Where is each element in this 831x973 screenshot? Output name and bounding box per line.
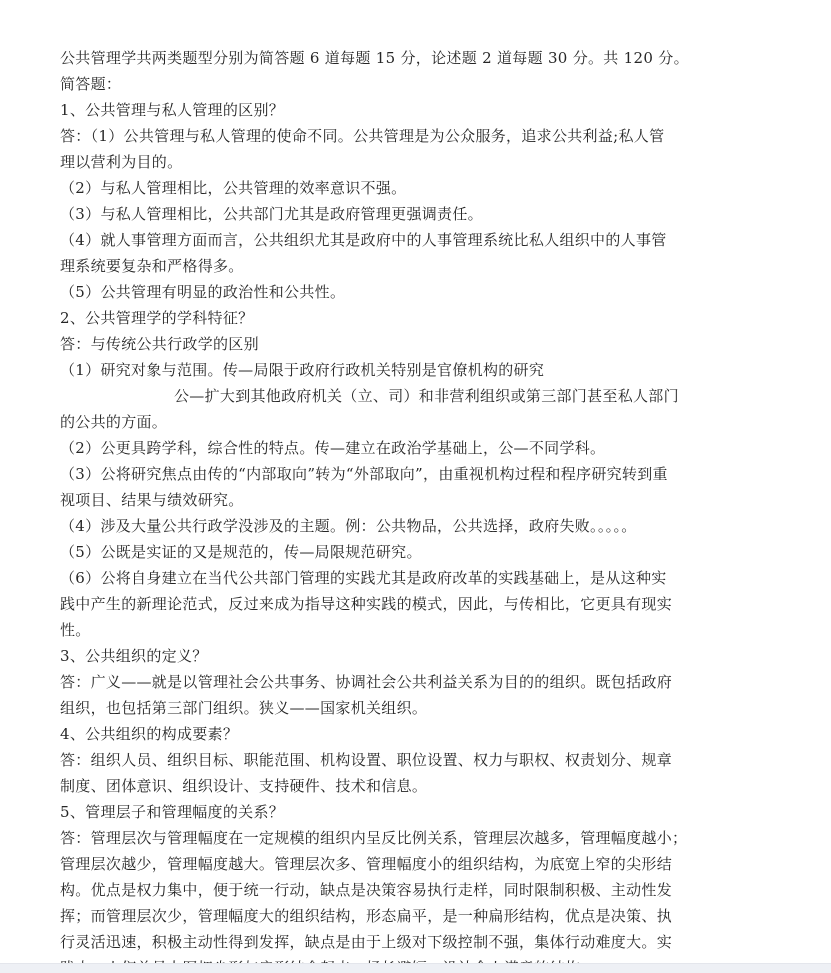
answer-text: 答：管理层次与管理幅度在一定规模的组织内呈反比例关系，管理层次越多，管理幅度越小… xyxy=(60,825,750,851)
answer-text: 制度、团体意识、组织设计、支持硬件、技术和信息。 xyxy=(60,773,750,799)
document-page: 公共管理学共两类题型分别为简答题 6 道每题 15 分，论述题 2 道每题 30… xyxy=(0,0,831,965)
answer-text: 构。优点是权力集中，便于统一行动，缺点是决策容易执行走样，同时限制积极、主动性发 xyxy=(60,877,750,903)
answer-text: 的公共的方面。 xyxy=(60,409,750,435)
question-heading: 5、管理层子和管理幅度的关系？ xyxy=(60,799,750,825)
answer-text: 性。 xyxy=(60,617,750,643)
answer-text: （5）公共管理有明显的政治性和公共性。 xyxy=(60,279,750,305)
answer-text: 挥；而管理层次少，管理幅度大的组织结构，形态扁平，是一种扁形结构，优点是决策、执 xyxy=(60,903,750,929)
question-heading: 2、公共管理学的学科特征？ xyxy=(60,305,750,331)
answer-text-indented: 公—扩大到其他政府机关（立、司）和非营利组织或第三部门甚至私人部门 xyxy=(60,383,750,409)
answer-text: 答：（1）公共管理与私人管理的使命不同。公共管理是为公众服务，追求公共利益;私人… xyxy=(60,123,750,149)
answer-text: （3）公将研究焦点由传的“内部取向”转为“外部取向”，由重视机构过程和程序研究转… xyxy=(60,461,750,487)
document-content: 公共管理学共两类题型分别为简答题 6 道每题 15 分，论述题 2 道每题 30… xyxy=(60,45,750,973)
viewer-bottom-bar xyxy=(0,963,831,973)
answer-text: 管理层次越少，管理幅度越大。管理层次多、管理幅度小的组织结构，为底宽上窄的尖形结 xyxy=(60,851,750,877)
question-heading: 3、公共组织的定义？ xyxy=(60,643,750,669)
answer-text: （3）与私人管理相比，公共部门尤其是政府管理更强调责任。 xyxy=(60,201,750,227)
section-heading: 简答题： xyxy=(60,71,750,97)
answer-text: 答：组织人员、组织目标、职能范围、机构设置、职位设置、权力与职权、权责划分、规章 xyxy=(60,747,750,773)
intro-text: 公共管理学共两类题型分别为简答题 6 道每题 15 分，论述题 2 道每题 30… xyxy=(60,45,750,71)
answer-text: （6）公将自身建立在当代公共部门管理的实践尤其是政府改革的实践基础上，是从这种实 xyxy=(60,565,750,591)
answer-text: （4）涉及大量公共行政学没涉及的主题。例：公共物品，公共选择，政府失败。。。。。 xyxy=(60,513,750,539)
answer-text: （2）公更具跨学科，综合性的特点。传—建立在政治学基础上，公—不同学科。 xyxy=(60,435,750,461)
answer-text: （5）公既是实证的又是规范的，传—局限规范研究。 xyxy=(60,539,750,565)
answer-text: 组织，也包括第三部门组织。狭义——国家机关组织。 xyxy=(60,695,750,721)
answer-text: （1）研究对象与范围。传—局限于政府行政机关特别是官僚机构的研究 xyxy=(60,357,750,383)
answer-text: 行灵活迅速，积极主动性得到发挥，缺点是由于上级对下级控制不强，集体行动难度大。实 xyxy=(60,929,750,955)
answer-text: 理以营利为目的。 xyxy=(60,149,750,175)
answer-text: 践中产生的新理论范式，反过来成为指导这种实践的模式，因此，与传相比，它更具有现实 xyxy=(60,591,750,617)
answer-text: （4）就人事管理方面而言，公共组织尤其是政府中的人事管理系统比私人组织中的人事管 xyxy=(60,227,750,253)
question-heading: 1、公共管理与私人管理的区别？ xyxy=(60,97,750,123)
answer-text: 理系统要复杂和严格得多。 xyxy=(60,253,750,279)
question-heading: 4、公共组织的构成要素？ xyxy=(60,721,750,747)
answer-text: 视项目、结果与绩效研究。 xyxy=(60,487,750,513)
answer-text: 答：与传统公共行政学的区别 xyxy=(60,331,750,357)
answer-text: 答：广义——就是以管理社会公共事务、协调社会公共利益关系为目的的组织。既包括政府 xyxy=(60,669,750,695)
answer-text: （2）与私人管理相比，公共管理的效率意识不强。 xyxy=(60,175,750,201)
